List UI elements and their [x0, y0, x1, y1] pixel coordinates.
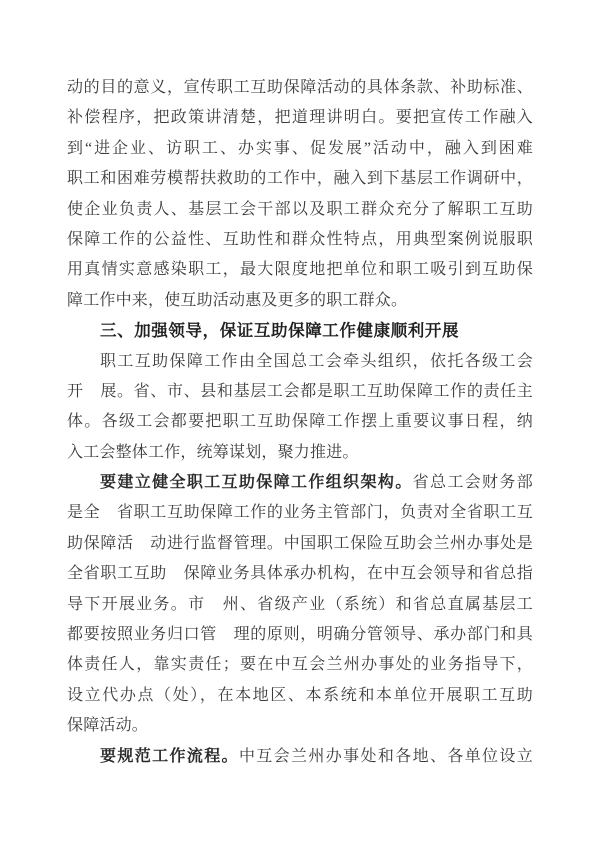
- text-block: 动的目的意义，宣传职工互助保障活动的具体条款、补助标准、 补偿程序，把政策讲清楚…: [67, 73, 533, 772]
- text-line: 职工和困难劳模帮扶救助的工作中，融入到下基层工作调研中，: [67, 164, 533, 194]
- text-line: 要建立健全职工互助保障工作组织架构。省总工会财务部: [67, 468, 533, 498]
- document-page: 动的目的意义，宣传职工互助保障活动的具体条款、补助标准、 补偿程序，把政策讲清楚…: [0, 0, 600, 844]
- paragraph-organization: 要建立健全职工互助保障工作组织架构。省总工会财务部 是全 省职工互助保障工作的业…: [67, 468, 533, 742]
- text-line: 体。各级工会都要把职工互助保障工作摆上重要议事日程，纳: [67, 407, 533, 437]
- text-line: 补偿程序，把政策讲清楚，把道理讲明白。要把宣传工作融入: [67, 103, 533, 133]
- text-line: 助保障活 动进行监督管理。中国职工保险互助会兰州办事处是: [67, 529, 533, 559]
- text-line: 障工作中来，使互助活动惠及更多的职工群众。: [67, 286, 533, 316]
- text-line: 要规范工作流程。中互会兰州办事处和各地、各单位设立: [67, 742, 533, 772]
- text-line: 动的目的意义，宣传职工互助保障活动的具体条款、补助标准、: [67, 73, 533, 103]
- bold-lead-text: 要建立健全职工互助保障工作组织架构。: [100, 474, 413, 491]
- text-line: 全省职工互助 保障业务具体承办机构，在中互会领导和省总指: [67, 559, 533, 589]
- text-line: 保障活动。: [67, 711, 533, 741]
- text-line: 开 展。省、市、县和基层工会都是职工互助保障工作的责任主: [67, 377, 533, 407]
- lead-line-rest: 省总工会财务部: [413, 474, 533, 491]
- paragraph-continuation: 动的目的意义，宣传职工互助保障活动的具体条款、补助标准、 补偿程序，把政策讲清楚…: [67, 73, 533, 316]
- text-line: 都要按照业务归口管 理的原则，明确分管领导、承办部门和具: [67, 620, 533, 650]
- text-line: 设立代办点（处），在本地区、本系统和本单位开展职工互助: [67, 681, 533, 711]
- text-line: 导下开展业务。市 州、省级产业（系统）和省总直属基层工会，: [67, 590, 533, 620]
- text-line: 用真情实意感染职工，最大限度地把单位和职工吸引到互助保: [67, 255, 533, 285]
- text-line: 是全 省职工互助保障工作的业务主管部门，负责对全省职工互: [67, 498, 533, 528]
- paragraph-leadership: 职工互助保障工作由全国总工会牵头组织，依托各级工会 开 展。省、市、县和基层工会…: [67, 347, 533, 469]
- text-line: 保障工作的公益性、互助性和群众性特点，用典型案例说服职工，: [67, 225, 533, 255]
- bold-lead-text: 要规范工作流程。: [100, 748, 239, 765]
- paragraph-workflow: 要规范工作流程。中互会兰州办事处和各地、各单位设立: [67, 742, 533, 772]
- section-heading: 三、加强领导，保证互助保障工作健康顺利开展: [67, 316, 533, 346]
- text-line: 职工互助保障工作由全国总工会牵头组织，依托各级工会: [67, 347, 533, 377]
- lead-line-rest: 中互会兰州办事处和各地、各单位设立: [239, 748, 533, 765]
- text-line: 入工会整体工作，统筹谋划，聚力推进。: [67, 438, 533, 468]
- text-line: 使企业负责人、基层工会干部以及职工群众充分了解职工互助: [67, 195, 533, 225]
- text-line: 体责任人，靠实责任；要在中互会兰州办事处的业务指导下，: [67, 650, 533, 680]
- text-line: 到“进企业、访职工、办实事、促发展”活动中，融入到困难: [67, 134, 533, 164]
